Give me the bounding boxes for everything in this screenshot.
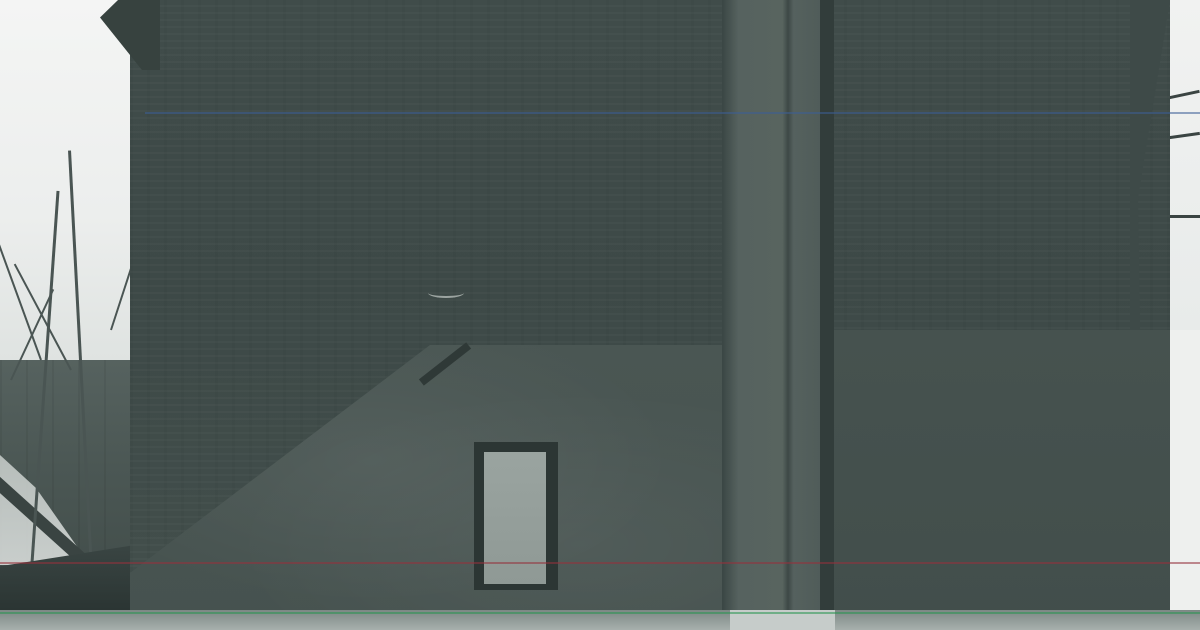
photograph: Black-and-white photograph of a tall bri… <box>0 0 1200 630</box>
scan-line-red <box>0 562 1200 564</box>
blocked-doorway-panel <box>484 452 546 584</box>
lower-right-wall <box>830 330 1170 630</box>
pilaster-shadow <box>820 0 834 610</box>
scan-line-blue <box>145 112 1200 114</box>
scratch-mark <box>428 288 464 298</box>
pilaster <box>722 0 832 610</box>
scan-line-green <box>0 612 1200 614</box>
